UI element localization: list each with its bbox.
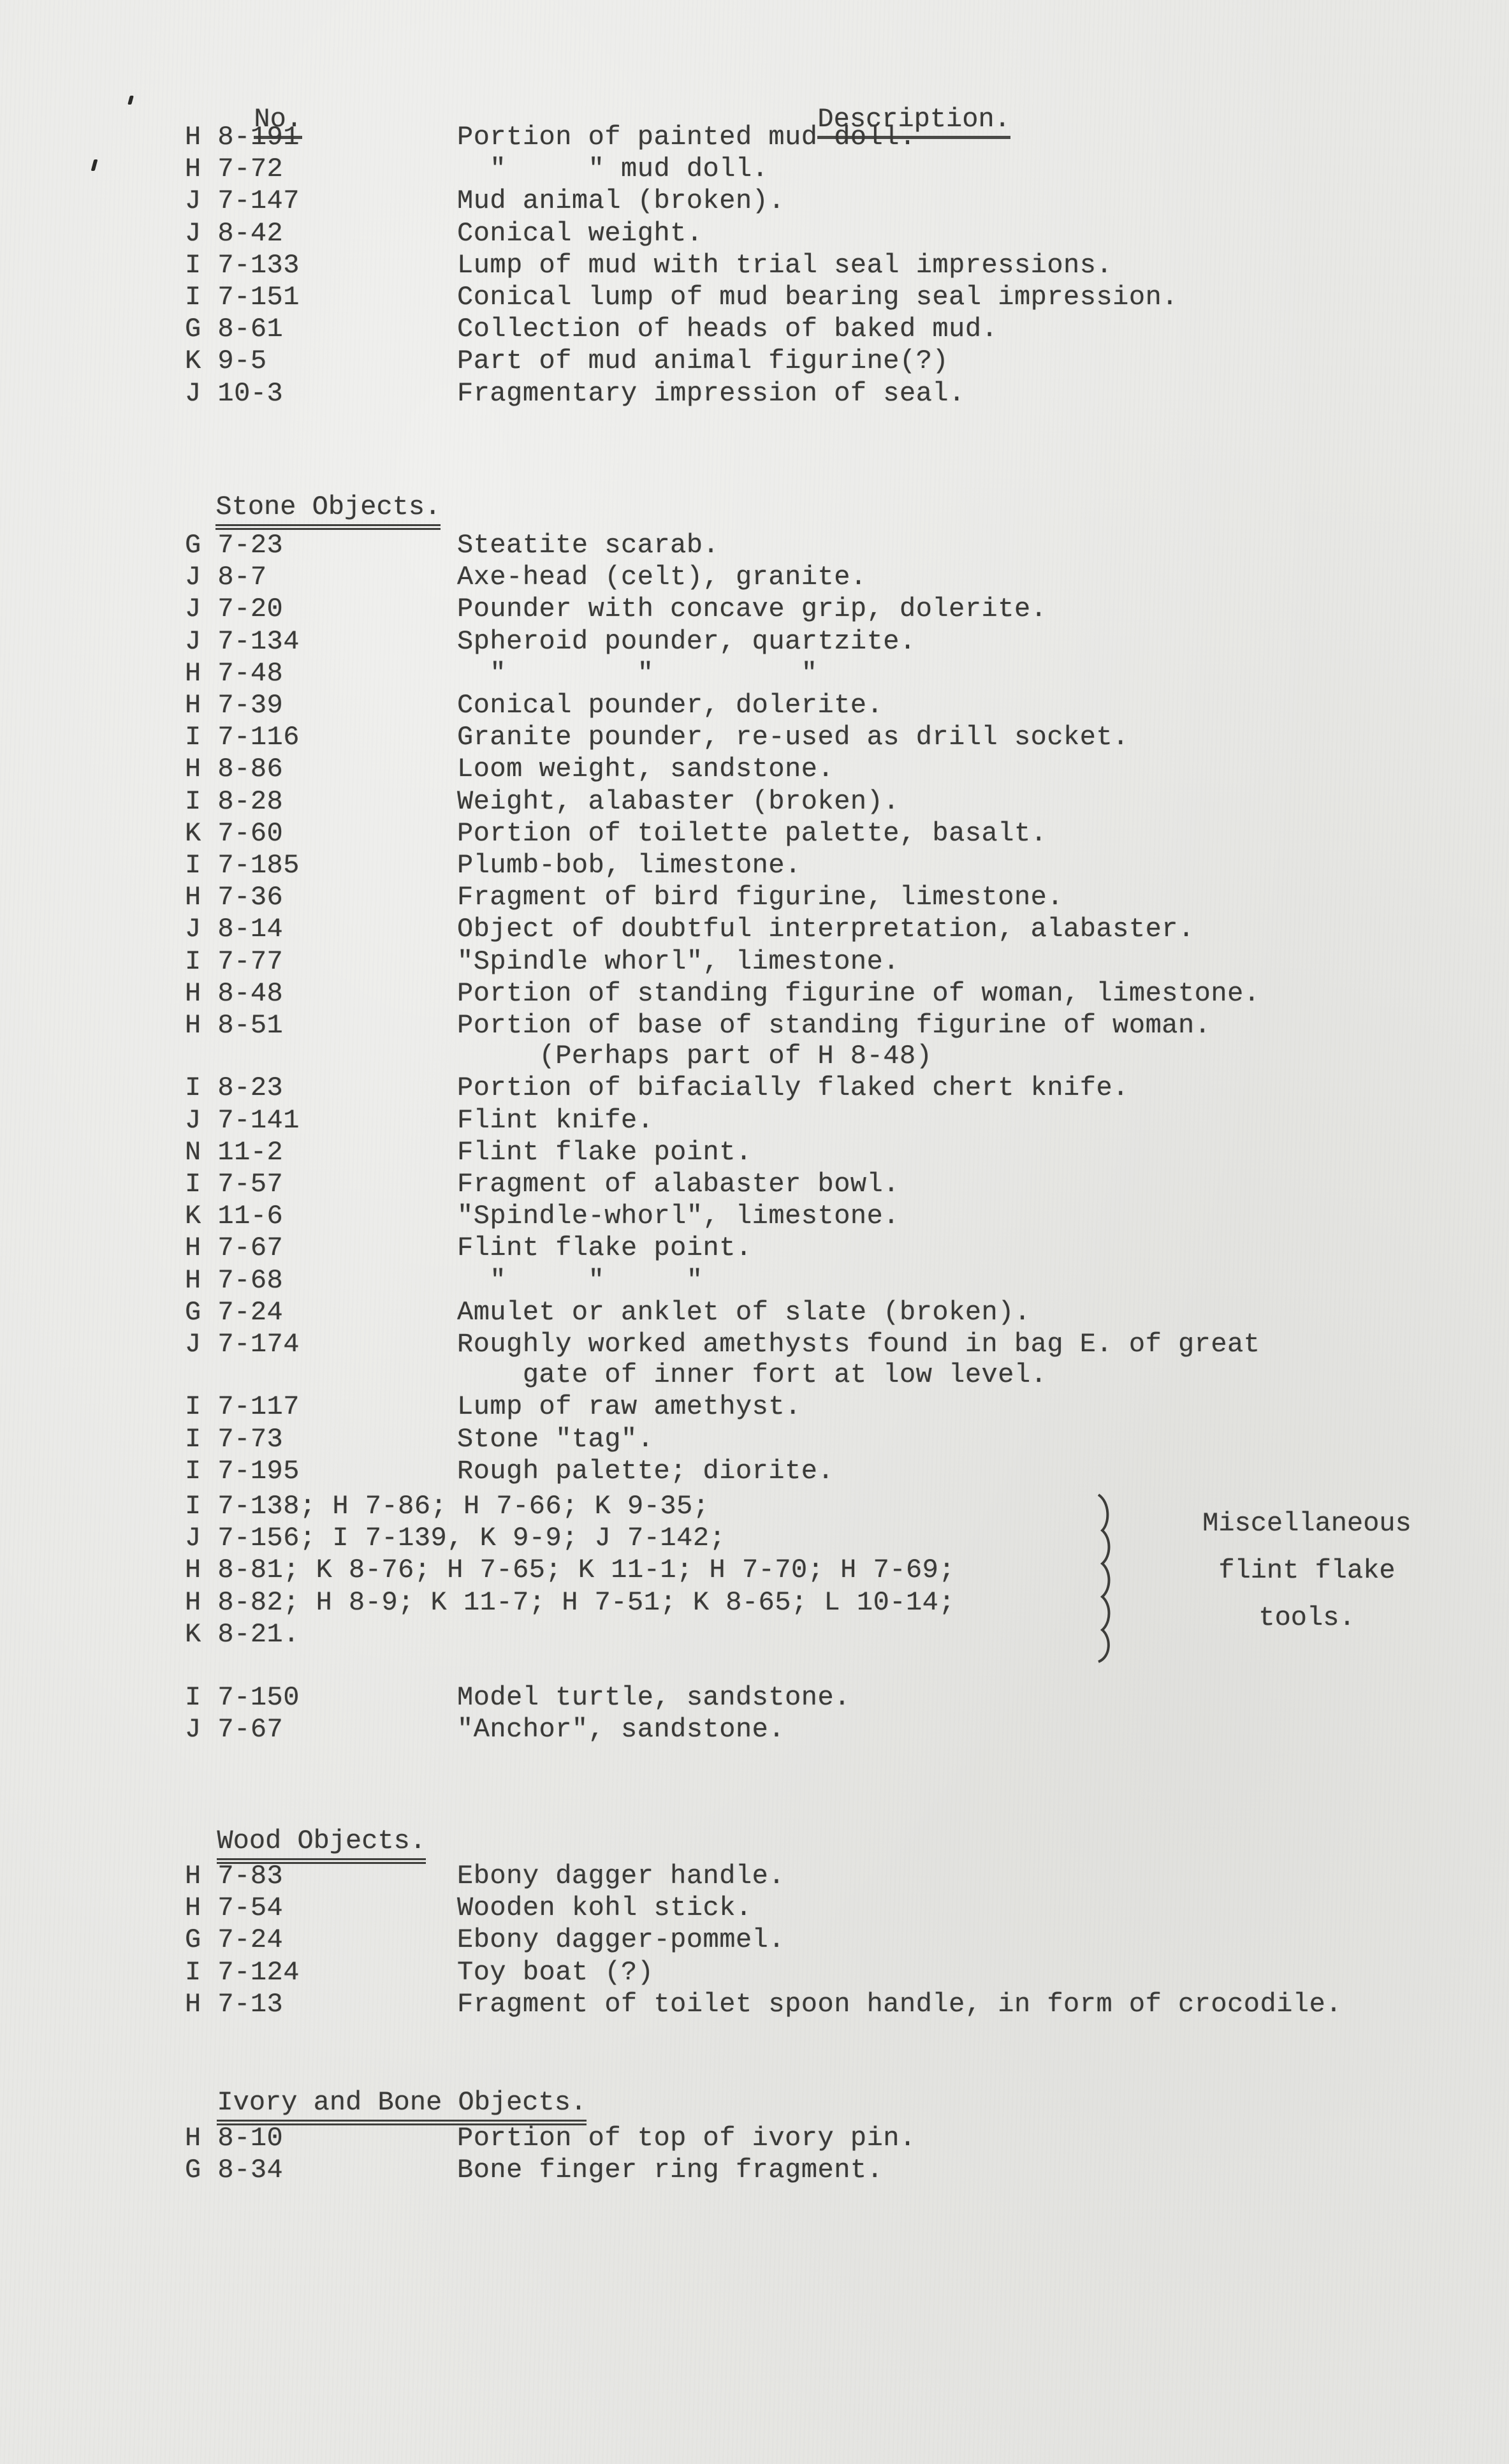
item-number: G 7-24	[185, 1924, 283, 1956]
item-number: K 7-60	[185, 818, 283, 849]
item-number: N 11-2	[185, 1136, 283, 1168]
item-description: Part of mud animal figurine(?)	[457, 345, 949, 377]
item-description: "Spindle-whorl", limestone.	[457, 1200, 900, 1232]
item-number: I 7-195	[185, 1455, 300, 1487]
item-description: Conical lump of mud bearing seal impress…	[457, 281, 1178, 313]
item-description: Lump of mud with trial seal impressions.	[457, 249, 1112, 281]
item-description: Toy boat (?)	[457, 1956, 653, 1988]
item-description: Collection of heads of baked mud.	[457, 313, 998, 345]
item-description: " " "	[457, 1265, 703, 1296]
item-number: I 7-185	[185, 849, 300, 881]
item-number: K 9-5	[185, 345, 267, 377]
item-number: J 8-14	[185, 913, 283, 945]
item-number: J 7-134	[185, 626, 300, 657]
item-number: I 7-133	[185, 249, 300, 281]
item-description: Rough palette; diorite.	[457, 1455, 834, 1487]
item-number: G 8-34	[185, 2154, 283, 2186]
item-description: Roughly worked amethysts found in bag E.…	[457, 1328, 1260, 1360]
item-description: Object of doubtful interpretation, alaba…	[457, 913, 1195, 945]
item-description-continued: gate of inner fort at low level.	[457, 1359, 1047, 1391]
item-description: Model turtle, sandstone.	[457, 1682, 850, 1713]
item-description: Portion of top of ivory pin.	[457, 2122, 916, 2154]
item-description: Portion of toilette palette, basalt.	[457, 818, 1047, 849]
item-description: Spheroid pounder, quartzite.	[457, 626, 916, 657]
item-number: H 8-191	[185, 121, 300, 153]
item-number: H 7-54	[185, 1892, 283, 1924]
misc-flint-label-line: tools.	[1173, 1594, 1441, 1641]
item-number: J 7-174	[185, 1328, 300, 1360]
misc-flint-number-line: J 7-156; I 7-139, K 9-9; J 7-142;	[185, 1522, 725, 1554]
item-description-continued: (Perhaps part of H 8-48)	[457, 1040, 932, 1072]
item-number: J 7-147	[185, 185, 300, 217]
item-description: Wooden kohl stick.	[457, 1892, 752, 1924]
item-number: I 7-151	[185, 281, 300, 313]
item-description: Portion of base of standing figurine of …	[457, 1009, 1211, 1041]
item-description: Ebony dagger-pommel.	[457, 1924, 785, 1956]
item-number: I 7-77	[185, 946, 283, 978]
item-description: Fragment of toilet spoon handle, in form…	[457, 1988, 1342, 2020]
item-number: J 10-3	[185, 378, 283, 409]
item-number: H 7-36	[185, 881, 283, 913]
item-number: I 7-57	[185, 1168, 283, 1200]
misc-flint-label-line: Miscellaneous	[1173, 1500, 1441, 1547]
item-description: Fragment of alabaster bowl.	[457, 1168, 900, 1200]
item-number: H 7-68	[185, 1265, 283, 1296]
item-description: Portion of bifacially flaked chert knife…	[457, 1072, 1129, 1104]
item-number: G 7-23	[185, 529, 283, 561]
item-number: J 7-67	[185, 1713, 283, 1745]
item-description: " " mud doll.	[457, 153, 768, 185]
item-number: H 7-13	[185, 1988, 283, 2020]
item-number: J 8-7	[185, 561, 267, 593]
item-number: H 7-39	[185, 689, 283, 721]
item-description: Conical weight.	[457, 217, 703, 249]
item-number: J 7-141	[185, 1104, 300, 1136]
item-number: H 7-83	[185, 1860, 283, 1892]
item-number: G 7-24	[185, 1296, 283, 1328]
item-description: Flint flake point.	[457, 1136, 752, 1168]
item-number: I 8-28	[185, 786, 283, 818]
item-description: Ebony dagger handle.	[457, 1860, 785, 1892]
misc-flint-number-line: I 7-138; H 7-86; H 7-66; K 9-35;	[185, 1490, 710, 1522]
misc-flint-number-line: K 8-21.	[185, 1618, 300, 1650]
misc-flint-number-line: H 8-81; K 8-76; H 7-65; K 11-1; H 7-70; …	[185, 1554, 955, 1586]
grouping-brace	[1093, 1492, 1119, 1664]
item-number: H 8-51	[185, 1009, 283, 1041]
item-description: Weight, alabaster (broken).	[457, 786, 900, 818]
item-description: Flint flake point.	[457, 1232, 752, 1264]
item-description: Granite pounder, re-used as drill socket…	[457, 721, 1129, 753]
item-number: I 7-124	[185, 1956, 300, 1988]
item-description: Axe-head (celt), granite.	[457, 561, 867, 593]
section-heading-wood: Wood Objects.	[185, 1793, 426, 1857]
item-description: Plumb-bob, limestone.	[457, 849, 801, 881]
item-description: Portion of painted mud doll.	[457, 121, 916, 153]
section-heading-stone: Stone Objects.	[184, 459, 441, 523]
item-description: Fragmentary impression of seal.	[457, 378, 965, 409]
item-number: I 8-23	[185, 1072, 283, 1104]
item-number: H 7-72	[185, 153, 283, 185]
item-description: "Anchor", sandstone.	[457, 1713, 785, 1745]
item-description: Fragment of bird figurine, limestone.	[457, 881, 1063, 913]
item-number: H 7-48	[185, 657, 283, 689]
item-description: Amulet or anklet of slate (broken).	[457, 1296, 1031, 1328]
item-number: H 8-10	[185, 2122, 283, 2154]
item-description: "Spindle whorl", limestone.	[457, 946, 900, 978]
section-heading-ivory-bone: Ivory and Bone Objects.	[185, 2055, 587, 2118]
item-number: I 7-116	[185, 721, 300, 753]
item-number: H 8-48	[185, 978, 283, 1009]
item-description: Mud animal (broken).	[457, 185, 785, 217]
item-number: I 7-150	[185, 1682, 300, 1713]
item-description: Conical pounder, dolerite.	[457, 689, 883, 721]
item-number: K 11-6	[185, 1200, 283, 1232]
item-description: Steatite scarab.	[457, 529, 719, 561]
item-number: H 8-86	[185, 753, 283, 785]
item-description: Portion of standing figurine of woman, l…	[457, 978, 1260, 1009]
misc-flint-number-line: H 8-82; H 8-9; K 11-7; H 7-51; K 8-65; L…	[185, 1587, 955, 1618]
item-number: J 7-20	[185, 593, 283, 625]
item-number: G 8-61	[185, 313, 283, 345]
misc-flint-label-line: flint flake	[1173, 1547, 1441, 1594]
item-description: Lump of raw amethyst.	[457, 1391, 801, 1423]
item-description: Loom weight, sandstone.	[457, 753, 834, 785]
item-number: H 7-67	[185, 1232, 283, 1264]
item-number: I 7-117	[185, 1391, 300, 1423]
item-number: I 7-73	[185, 1423, 283, 1455]
item-description: Stone "tag".	[457, 1423, 653, 1455]
item-description: Flint knife.	[457, 1104, 653, 1136]
item-number: J 8-42	[185, 217, 283, 249]
item-description: Bone finger ring fragment.	[457, 2154, 883, 2186]
item-description: Pounder with concave grip, dolerite.	[457, 593, 1047, 625]
item-description: " " "	[457, 657, 818, 689]
